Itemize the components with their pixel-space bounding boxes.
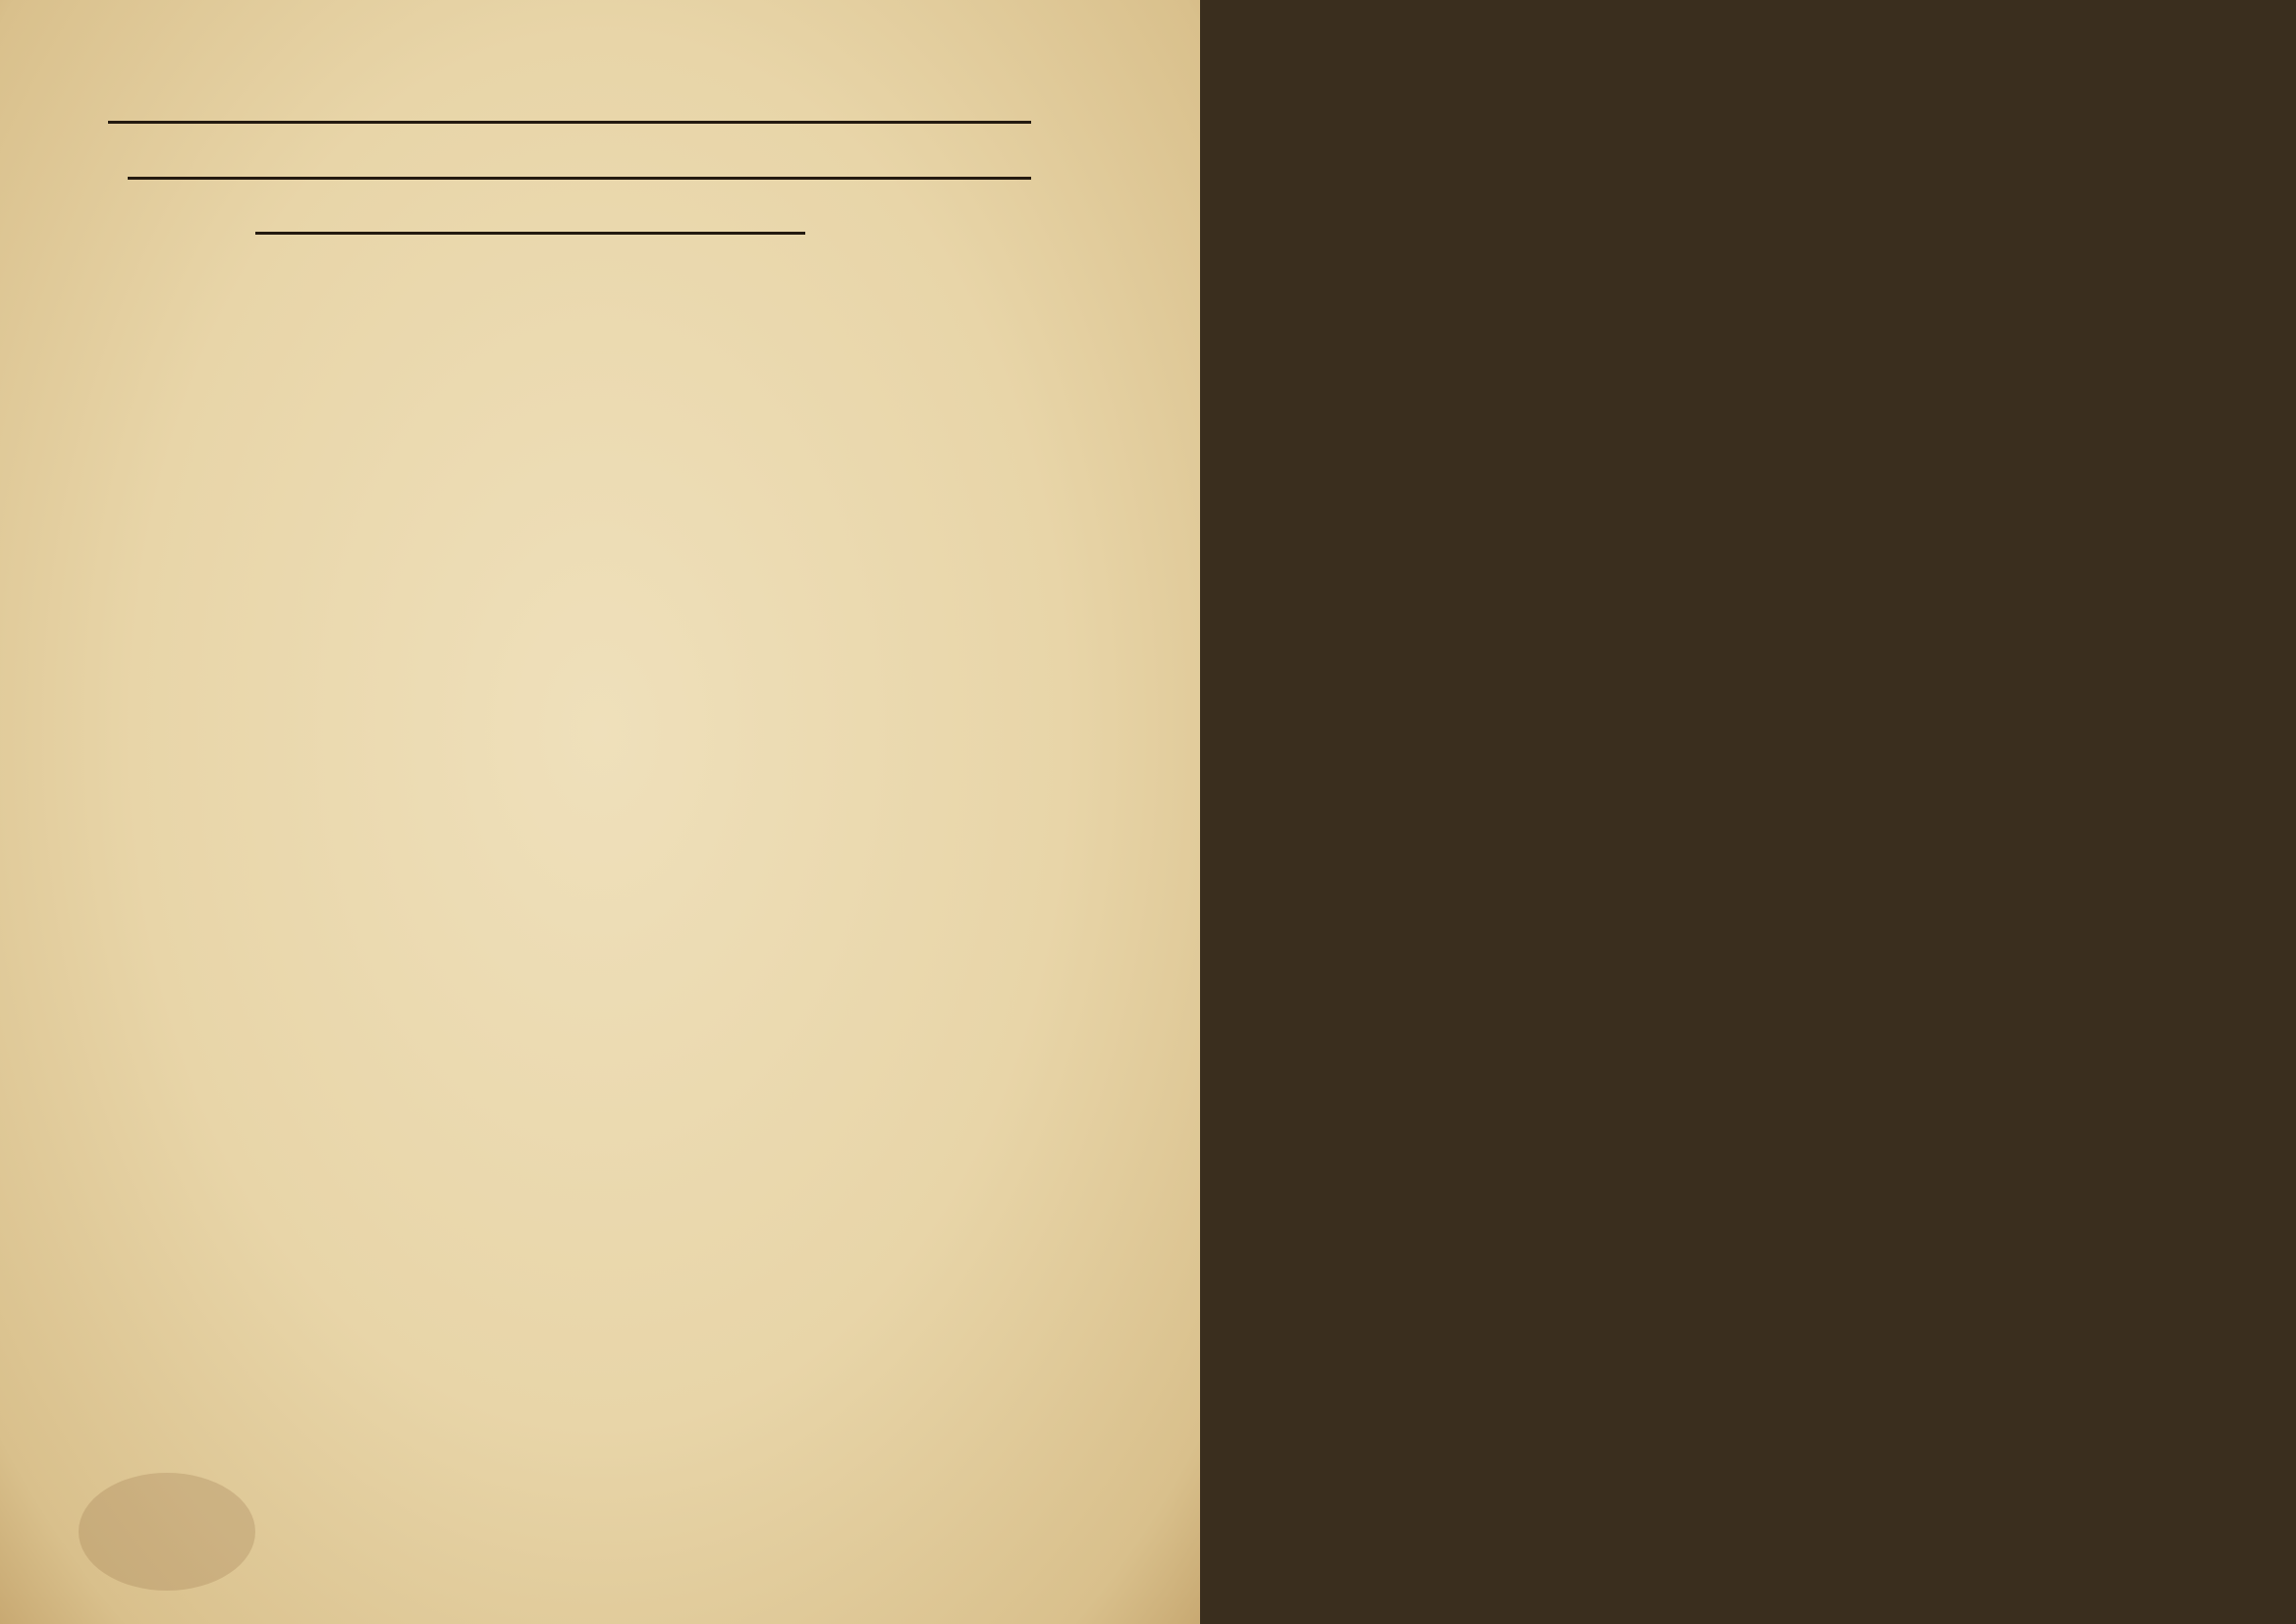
water-stain	[79, 1473, 255, 1591]
left-page	[0, 0, 1200, 1624]
manuscript-spread	[0, 0, 2296, 1624]
overline-rule	[255, 232, 805, 235]
overline-rule	[108, 121, 1031, 124]
overline-rule	[128, 177, 1031, 180]
